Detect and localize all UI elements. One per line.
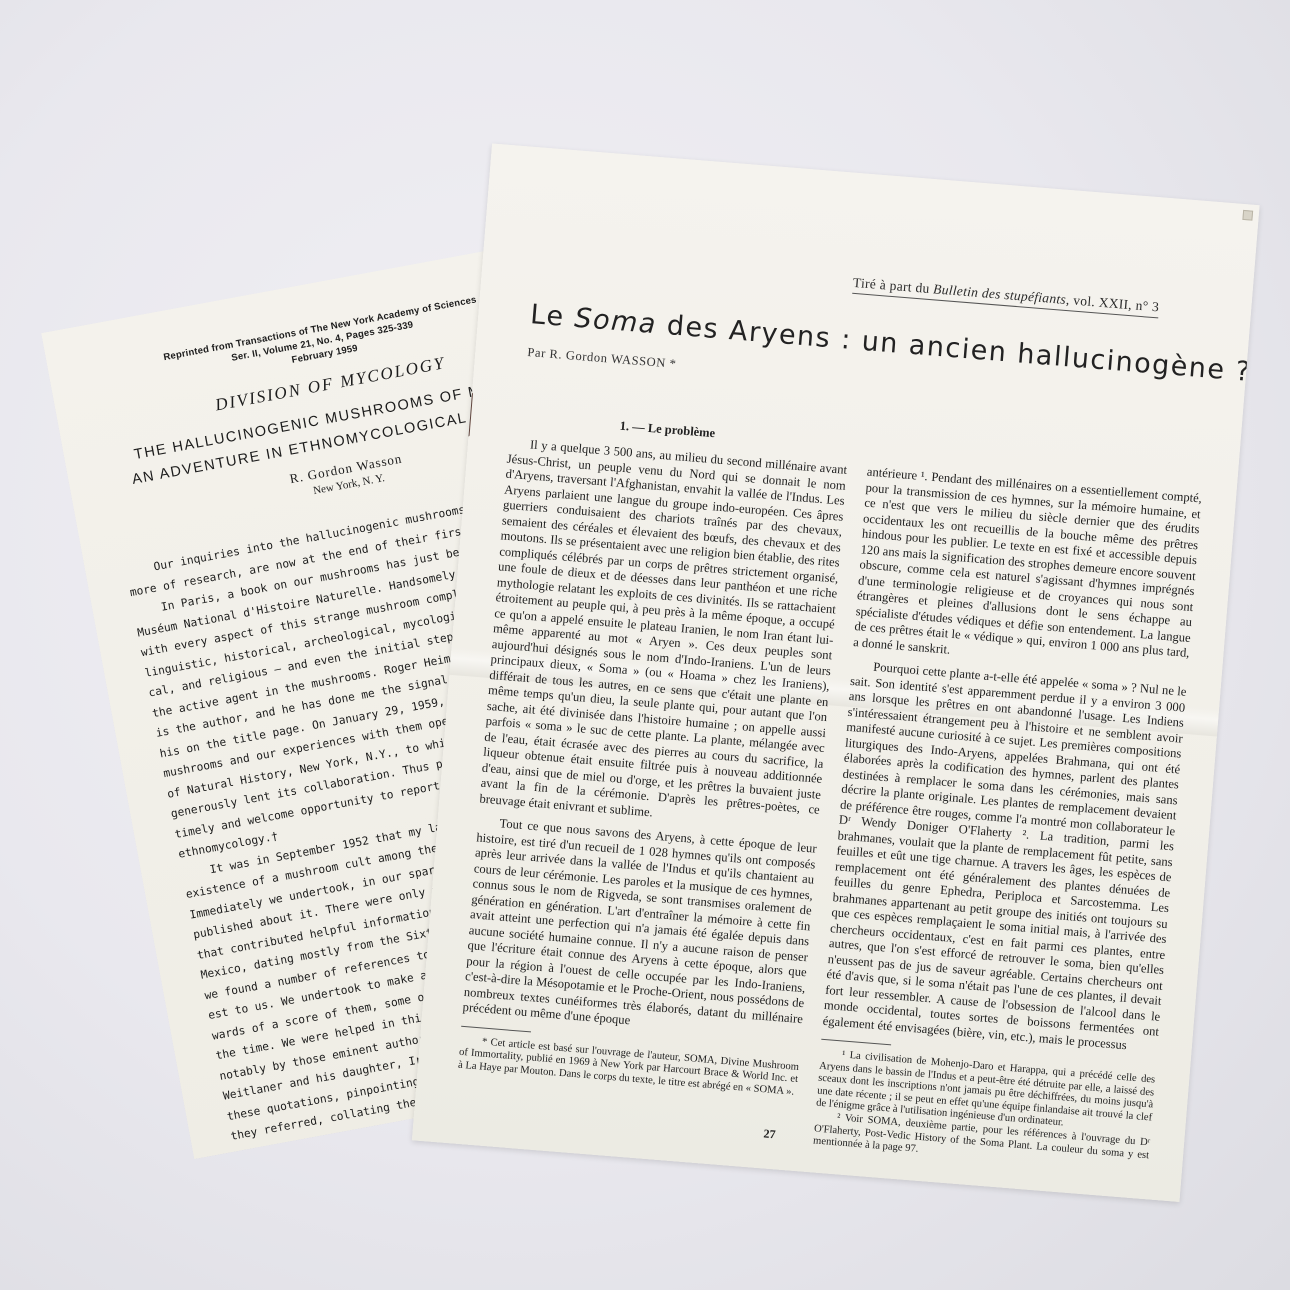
french-offprint-sheet: Tiré à part du Bulletin des stupéfiants,… bbox=[412, 143, 1260, 1202]
section-heading: 1. — Le problème bbox=[619, 419, 715, 442]
footnote-divider bbox=[821, 1039, 891, 1046]
column-right: antérieure ¹. Pendant des millénaires on… bbox=[813, 465, 1203, 1175]
paragraph: Pourquoi cette plante a-t-elle été appel… bbox=[822, 658, 1187, 1056]
footnote-divider bbox=[461, 1025, 531, 1032]
column-left: Il y a quelque 3 500 ans, au milieu du s… bbox=[458, 436, 848, 1099]
author-fr: Par R. Gordon WASSON * bbox=[527, 345, 677, 372]
paragraph: antérieure ¹. Pendant des millénaires on… bbox=[853, 465, 1203, 677]
journal-name: Bulletin des stupéfiants bbox=[933, 281, 1067, 307]
offprint-line: Tiré à part du Bulletin des stupéfiants,… bbox=[852, 275, 1160, 319]
paragraph: Il y a quelque 3 500 ans, au milieu du s… bbox=[479, 436, 848, 834]
corner-tab bbox=[1242, 210, 1253, 221]
footnote-star: * Cet article est basé sur l'ouvrage de … bbox=[458, 1034, 800, 1099]
page-number: 27 bbox=[763, 1126, 776, 1142]
paragraph: Tout ce que nous savons des Aryens, à ce… bbox=[462, 814, 817, 1042]
